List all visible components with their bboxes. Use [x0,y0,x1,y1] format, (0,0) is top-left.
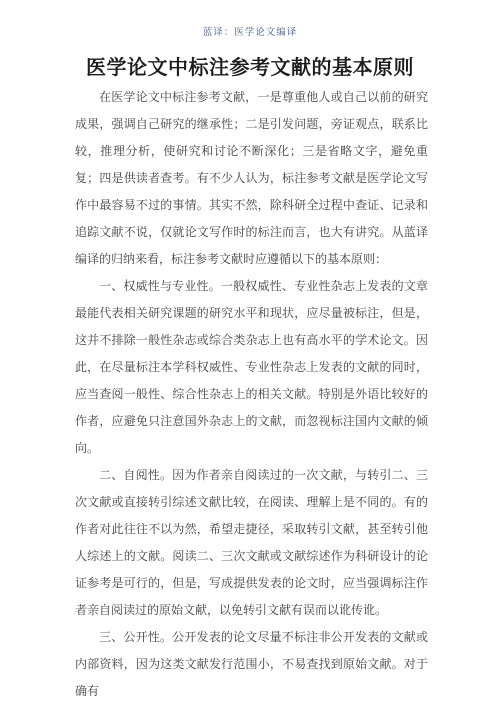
document-page: 蓝译：医学论文编译 医学论文中标注参考文献的基本原则 在医学论文中标注参考文献，… [0,0,500,707]
paragraph-principle-3: 三、公开性。公开发表的论文尽量不标注非公开发表的文献或内部资料，因为这类文献发行… [75,624,428,705]
paragraph-principle-1: 一、权威性与专业性。一般权威性、专业性杂志上发表的文章最能代表相关研究课题的研究… [75,273,428,462]
doc-body: 在医学论文中标注参考文献，一是尊重他人或自己以前的研究成果，强调自己研究的继承性… [0,84,500,705]
page-title: 医学论文中标注参考文献的基本原则 [0,51,500,80]
paragraph-intro: 在医学论文中标注参考文献，一是尊重他人或自己以前的研究成果，强调自己研究的继承性… [75,84,428,273]
paragraph-principle-2: 二、自阅性。因为作者亲自阅读过的一次文献，与转引二、三次文献或直接转引综述文献比… [75,462,428,624]
doc-header-label: 蓝译：医学论文编译 [0,24,500,38]
